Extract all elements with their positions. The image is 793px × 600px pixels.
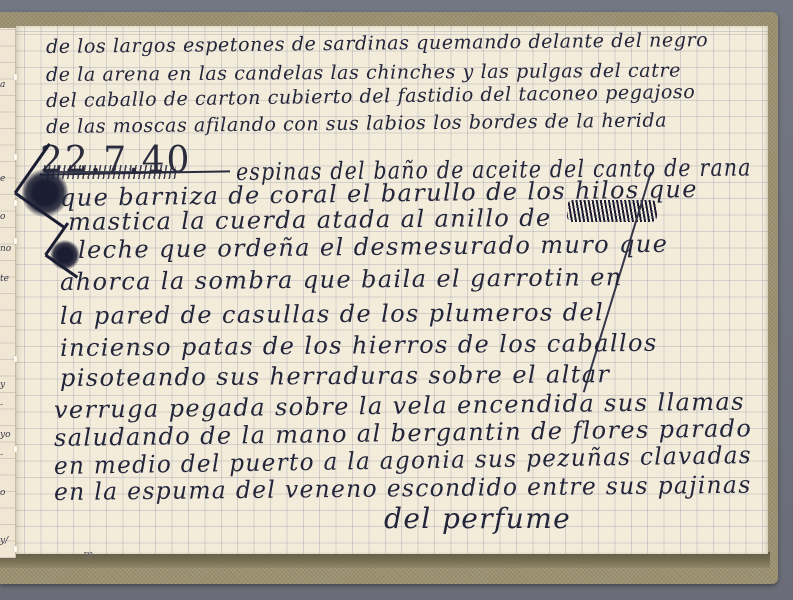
left-page-fragment: o	[0, 212, 5, 222]
left-page-fragment: e	[0, 174, 5, 184]
stray-pencil-mark: m	[83, 548, 93, 561]
left-page-fragment: y/	[0, 536, 8, 546]
left-page-fragment: -	[0, 450, 3, 460]
binding-stitches	[14, 26, 18, 554]
left-page-fragment: no	[0, 244, 11, 254]
left-page-fragment: -	[0, 400, 3, 410]
cover-bottom-edge	[0, 552, 770, 568]
crossed-out-word	[44, 165, 176, 179]
left-page-fragment: o	[0, 488, 5, 498]
left-page-fragment: a	[0, 80, 5, 90]
handwritten-line: incienso patas de los hierros de los cab…	[60, 329, 658, 362]
handwritten-line: pisoteando sus herraduras sobre el altar	[60, 360, 611, 392]
left-page-fragment: te	[0, 274, 9, 284]
left-page-fragment: yo	[0, 430, 11, 440]
left-page-fragment: y	[0, 380, 5, 390]
handwritten-line: del perfume	[384, 502, 571, 535]
handwritten-line: ahorca la sombra que baila el garrotin e…	[60, 263, 623, 296]
ink-blot	[50, 240, 80, 270]
handwritten-line: la pared de casullas de los plumeros del	[60, 298, 604, 330]
